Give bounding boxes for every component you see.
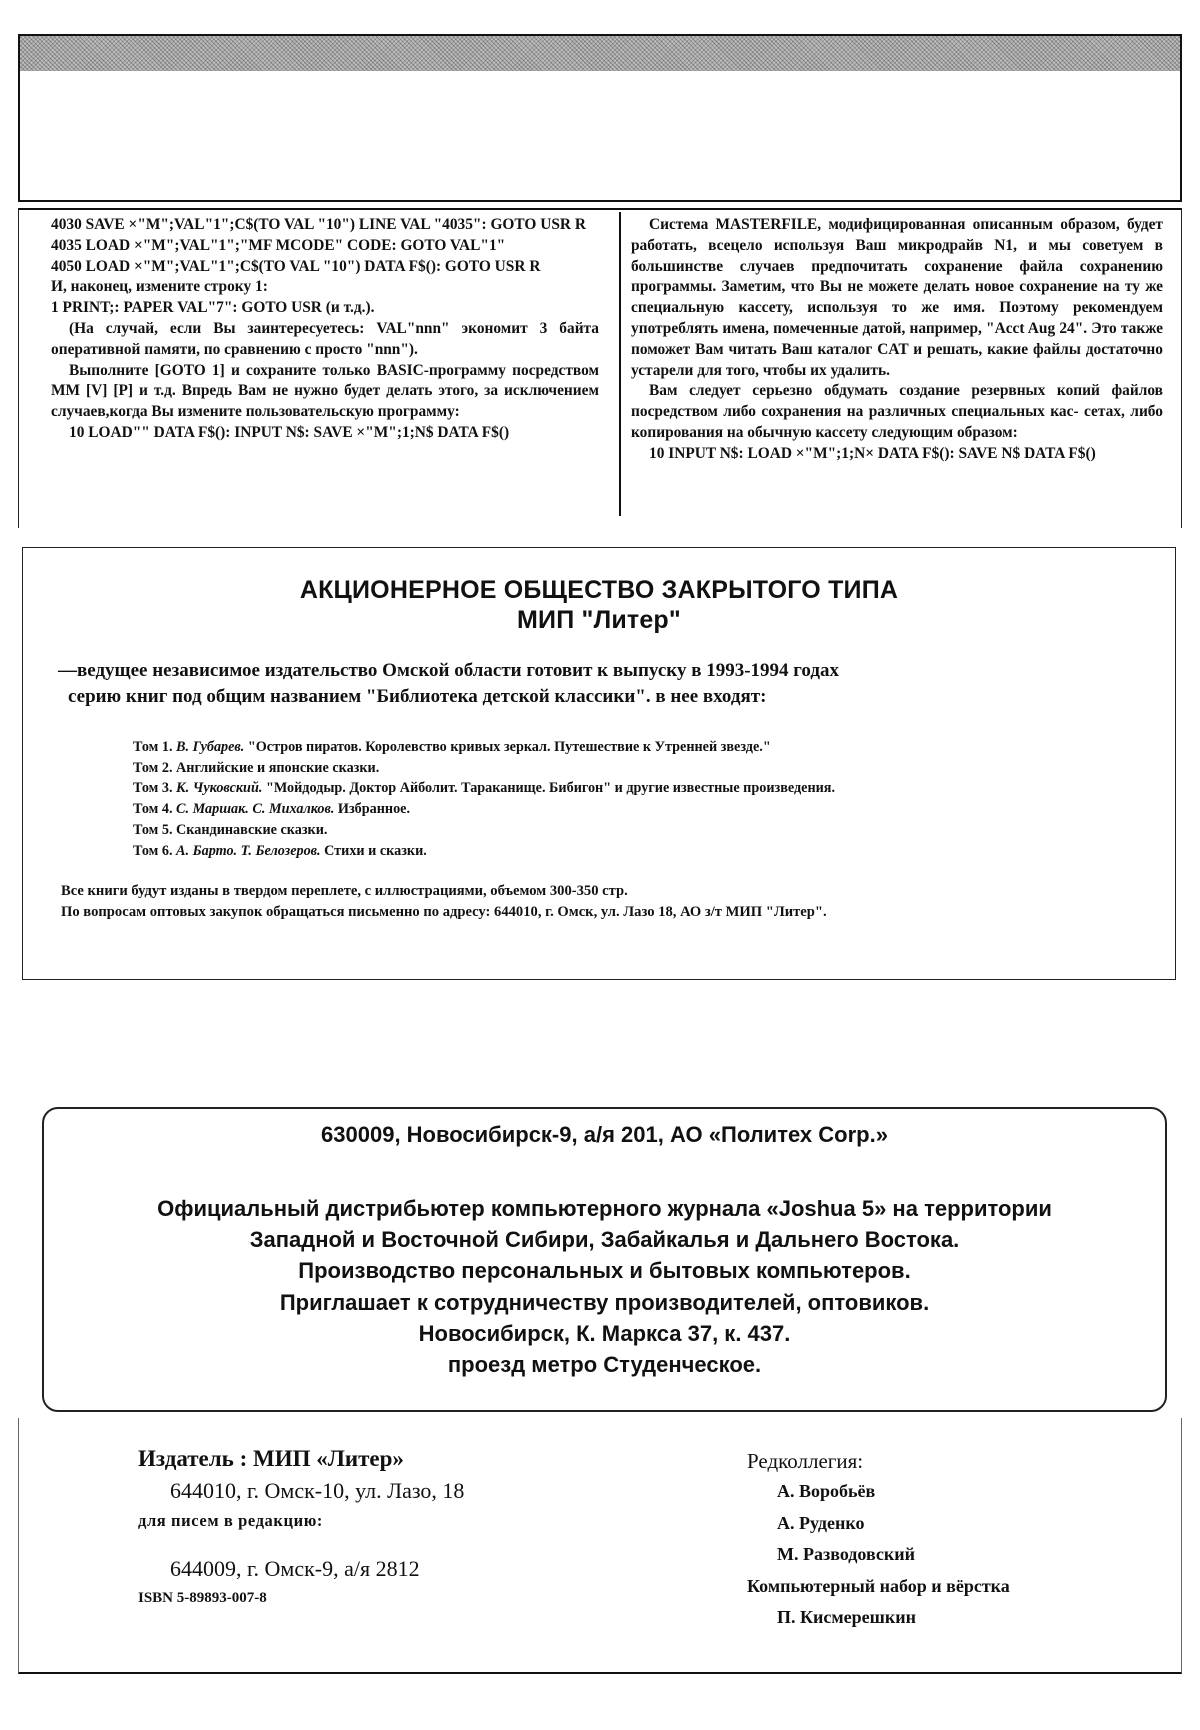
article-right-column: Система MASTERFILE, модифицированная опи… [631, 215, 1163, 465]
liter-ad-title: АКЦИОНЕРНОЕ ОБЩЕСТВО ЗАКРЫТОГО ТИПА МИП … [23, 575, 1175, 635]
board-label: Редколлегия: [747, 1446, 1167, 1476]
top-empty-frame [18, 34, 1182, 202]
article-paragraph: Система MASTERFILE, модифицированная опи… [631, 215, 1163, 381]
liter-ad-title-line2: МИП "Литер" [23, 605, 1175, 635]
politeh-body: Официальный дистрибьютер компьютерного ж… [44, 1193, 1165, 1380]
isbn: ISBN 5-89893-007-8 [138, 1584, 658, 1612]
politeh-line: Западной и Восточной Сибири, Забайкалья … [44, 1224, 1165, 1255]
letters-label: для писем в редакцию: [138, 1508, 658, 1534]
volume-author: С. Маршак. С. Михалков. [176, 801, 338, 817]
volume-label: Том 2. [133, 760, 176, 776]
volume-item: Том 4. С. Маршак. С. Михалков. Избранное… [133, 799, 835, 820]
article-paragraph: (На случай, если Вы заинтересуетесь: VAL… [51, 319, 599, 361]
politeh-advertisement: 630009, Новосибирск-9, а/я 201, АО «Поли… [42, 1107, 1167, 1412]
article-paragraph: 4035 LOAD ×"M";VAL"1";"MF MCODE" CODE: G… [51, 236, 599, 257]
politeh-line: проезд метро Студенческое. [44, 1349, 1165, 1380]
volume-item: Том 2. Английские и японские сказки. [133, 758, 835, 779]
volume-title: Стихи и сказки. [324, 843, 427, 859]
politeh-line: Официальный дистрибьютер компьютерного ж… [44, 1193, 1165, 1224]
board-member: М. Разводовский [747, 1539, 1167, 1571]
volume-label: Том 4. [133, 801, 176, 817]
liter-ad-note-contact: По вопросам оптовых закупок обращаться п… [61, 902, 827, 923]
volume-label: Том 1. [133, 739, 176, 755]
article-paragraph: 10 INPUT N$: LOAD ×"M";1;N× DATA F$(): S… [631, 444, 1163, 465]
liter-ad-note-format: Все книги будут изданы в твердом перепле… [61, 881, 827, 902]
typesetting-label: Компьютерный набор и вёрстка [747, 1571, 1167, 1602]
volume-label: Том 5. [133, 822, 176, 838]
board-list: А. ВоробьёвА. РуденкоМ. Разводовский [747, 1476, 1167, 1571]
liter-advertisement: АКЦИОНЕРНОЕ ОБЩЕСТВО ЗАКРЫТОГО ТИПА МИП … [22, 547, 1176, 980]
politeh-address: 630009, Новосибирск-9, а/я 201, АО «Поли… [44, 1121, 1165, 1149]
volume-title: Скандинавские сказки. [176, 822, 327, 838]
article-block: 4030 SAVE ×"M";VAL"1";C$(TO VAL "10") LI… [18, 208, 1182, 528]
article-paragraph: 4050 LOAD ×"M";VAL"1";C$(TO VAL "10") DA… [51, 257, 599, 278]
volume-title: "Мойдодыр. Доктор Айболит. Тараканище. Б… [266, 780, 835, 796]
volume-item: Том 1. В. Губарев. "Остров пиратов. Коро… [133, 737, 835, 758]
politeh-line: Производство персональных и бытовых комп… [44, 1255, 1165, 1286]
liter-ad-intro-line1: —ведущее независимое издательство Омской… [58, 658, 1155, 684]
volume-item: Том 5. Скандинавские сказки. [133, 820, 835, 841]
board-member: А. Воробьёв [747, 1476, 1167, 1508]
politeh-line: Новосибирск, К. Маркса 37, к. 437. [44, 1318, 1165, 1349]
volume-title: "Остров пиратов. Королевство кривых зерк… [248, 739, 771, 755]
article-left-column: 4030 SAVE ×"M";VAL"1";C$(TO VAL "10") LI… [51, 215, 599, 444]
liter-ad-intro: —ведущее независимое издательство Омской… [58, 658, 1155, 710]
volume-author: К. Чуковский. [176, 780, 266, 796]
volume-author: А. Барто. Т. Белозеров. [176, 843, 324, 859]
article-paragraph: И, наконец, измените строку 1: [51, 277, 599, 298]
article-paragraph: 4030 SAVE ×"M";VAL"1";C$(TO VAL "10") LI… [51, 215, 599, 236]
volume-author: В. Губарев. [176, 739, 248, 755]
volume-title: Английские и японские сказки. [176, 760, 379, 776]
publisher-label: Издатель : МИП «Литер» [138, 1444, 658, 1474]
volume-label: Том 6. [133, 843, 176, 859]
publisher-address: 644010, г. Омск-10, ул. Лазо, 18 [138, 1474, 658, 1508]
letters-address: 644009, г. Омск-9, а/я 2812 [138, 1554, 658, 1584]
liter-ad-title-line1: АКЦИОНЕРНОЕ ОБЩЕСТВО ЗАКРЫТОГО ТИПА [23, 575, 1175, 605]
typesetter: П. Кисмерешкин [747, 1602, 1167, 1634]
volume-title: Избранное. [338, 801, 410, 817]
liter-ad-intro-line2: серию книг под общим названием "Библиоте… [58, 684, 1155, 710]
volume-item: Том 6. А. Барто. Т. Белозеров. Стихи и с… [133, 841, 835, 862]
typesetting-list: П. Кисмерешкин [747, 1602, 1167, 1634]
article-paragraph: 1 PRINT;: PAPER VAL"7": GOTO USR (и т.д.… [51, 298, 599, 319]
article-paragraph: Выполните [GOTO 1] и сохраните только BA… [51, 361, 599, 423]
editorial-board: Редколлегия: А. ВоробьёвА. РуденкоМ. Раз… [747, 1446, 1167, 1633]
politeh-line: Приглашает к сотрудничеству производител… [44, 1287, 1165, 1318]
liter-ad-notes: Все книги будут изданы в твердом перепле… [61, 881, 827, 922]
column-divider [619, 212, 621, 516]
article-paragraph: 10 LOAD"" DATA F$(): INPUT N$: SAVE ×"M"… [51, 423, 599, 444]
halftone-shade-band [20, 36, 1180, 71]
board-member: А. Руденко [747, 1508, 1167, 1540]
article-paragraph: Вам следует серьезно обдумать создание р… [631, 381, 1163, 443]
volume-item: Том 3. К. Чуковский. "Мойдодыр. Доктор А… [133, 778, 835, 799]
publisher-imprint: Издатель : МИП «Литер» 644010, г. Омск-1… [138, 1444, 658, 1612]
volume-list: Том 1. В. Губарев. "Остров пиратов. Коро… [133, 737, 835, 861]
volume-label: Том 3. [133, 780, 176, 796]
